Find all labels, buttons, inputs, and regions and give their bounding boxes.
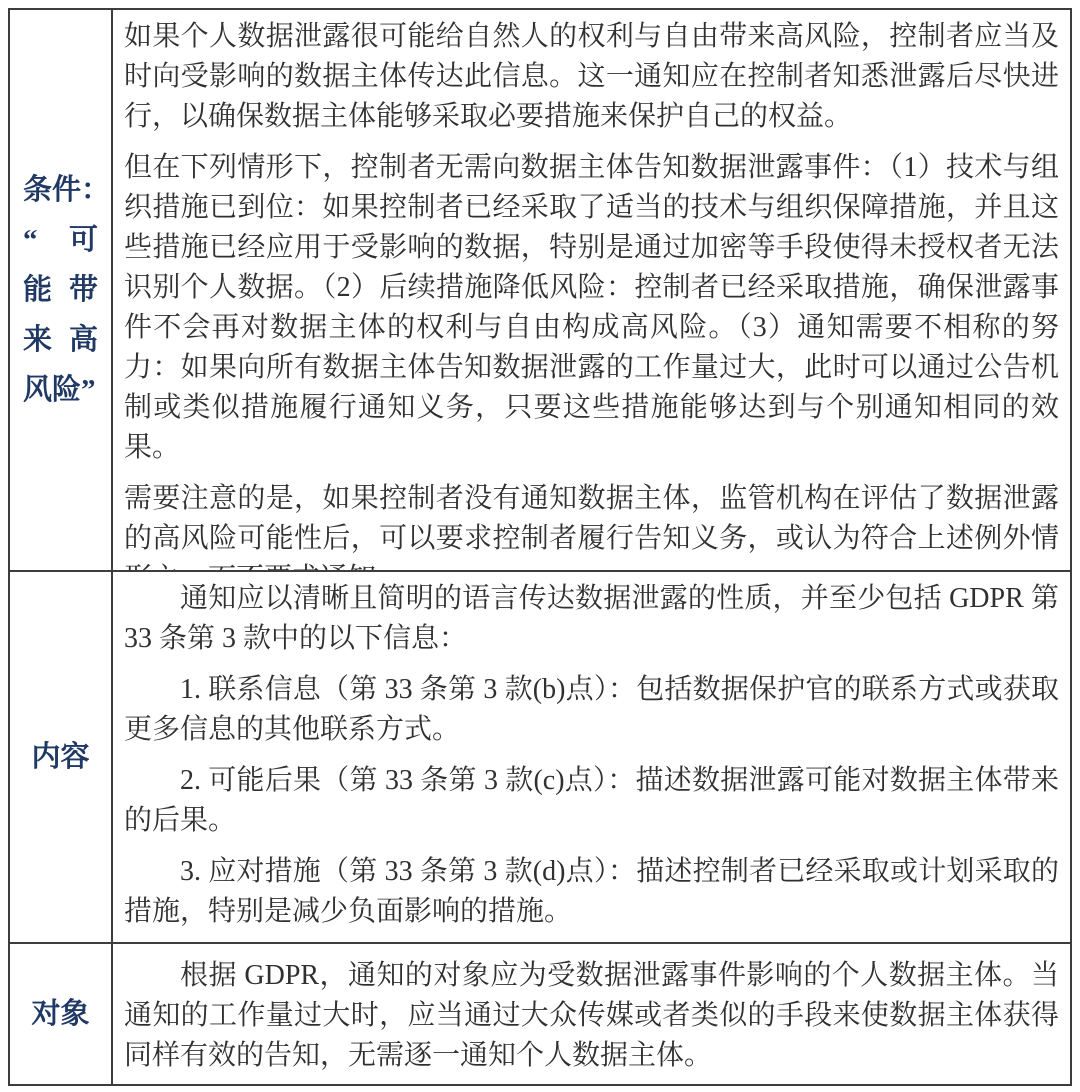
list-item: 2. 可能后果（第 33 条第 3 款(c)点）：描述数据泄露可能对数据主体带来… bbox=[124, 761, 1059, 841]
table-row-audience: 对象 根据 GDPR，通知的对象应为受数据泄露事件影响的个人数据主体。当通知的工… bbox=[10, 942, 1070, 1084]
row-header-line: 能 带 bbox=[23, 265, 98, 315]
row-header-text: “ bbox=[23, 215, 38, 265]
row-header-line: 对象 bbox=[23, 989, 98, 1039]
cell-conditions-content: 如果个人数据泄露很可能给自然人的权利与自由带来高风险，控制者应当及时向受影响的数… bbox=[111, 10, 1070, 570]
paragraph: 通知应以清晰且简明的语言传达数据泄露的性质，并至少包括 GDPR 第 33 条第… bbox=[124, 579, 1059, 659]
cell-audience-content: 根据 GDPR，通知的对象应为受数据泄露事件影响的个人数据主体。当通知的工作量过… bbox=[111, 944, 1070, 1084]
list-item: 1. 联系信息（第 33 条第 3 款(b)点）：包括数据保护官的联系方式或获取… bbox=[124, 670, 1059, 750]
paragraph: 如果个人数据泄露很可能给自然人的权利与自由带来高风险，控制者应当及时向受影响的数… bbox=[124, 17, 1059, 137]
row-header-text: 高 bbox=[69, 315, 98, 365]
row-header-text: 带 bbox=[69, 265, 98, 315]
row-header-line: 内容 bbox=[23, 732, 98, 782]
row-header-text: 风险” bbox=[23, 365, 96, 415]
row-header-content: 内容 bbox=[10, 572, 111, 942]
table-row-content: 内容 通知应以清晰且简明的语言传达数据泄露的性质，并至少包括 GDPR 第 33… bbox=[10, 570, 1070, 942]
row-header-text: 对象 bbox=[31, 989, 89, 1039]
row-header-line: 风险” bbox=[23, 365, 98, 415]
paragraph: 但在下列情形下，控制者无需向数据主体告知数据泄露事件：（1）技术与组织措施已到位… bbox=[124, 148, 1059, 468]
row-header-text: 来 bbox=[23, 315, 52, 365]
row-header-text: 内容 bbox=[31, 732, 89, 782]
row-header-line: 来 高 bbox=[23, 315, 98, 365]
row-header-text: 条件： bbox=[23, 165, 110, 215]
list-item: 3. 应对措施（第 33 条第 3 款(d)点）：描述控制者已经采取或计划采取的… bbox=[124, 852, 1059, 932]
row-header-conditions: 条件： “ 可 能 带 来 高 风险” bbox=[10, 10, 111, 570]
document-page: 条件： “ 可 能 带 来 高 风险” 如果个人数据泄 bbox=[0, 0, 1080, 1092]
table-row-conditions: 条件： “ 可 能 带 来 高 风险” 如果个人数据泄 bbox=[10, 10, 1070, 570]
cell-content-content: 通知应以清晰且简明的语言传达数据泄露的性质，并至少包括 GDPR 第 33 条第… bbox=[111, 572, 1070, 942]
row-header-line: “ 可 bbox=[23, 215, 98, 265]
gdpr-breach-notification-table: 条件： “ 可 能 带 来 高 风险” 如果个人数据泄 bbox=[8, 8, 1072, 1086]
row-header-audience: 对象 bbox=[10, 944, 111, 1084]
row-header-text: 可 bbox=[69, 215, 98, 265]
row-header-line: 条件： bbox=[23, 165, 98, 215]
row-header-text: 能 bbox=[23, 265, 52, 315]
paragraph: 根据 GDPR，通知的对象应为受数据泄露事件影响的个人数据主体。当通知的工作量过… bbox=[124, 956, 1059, 1076]
paragraph: 需要注意的是，如果控制者没有通知数据主体，监管机构在评估了数据泄露的高风险可能性… bbox=[124, 479, 1059, 570]
